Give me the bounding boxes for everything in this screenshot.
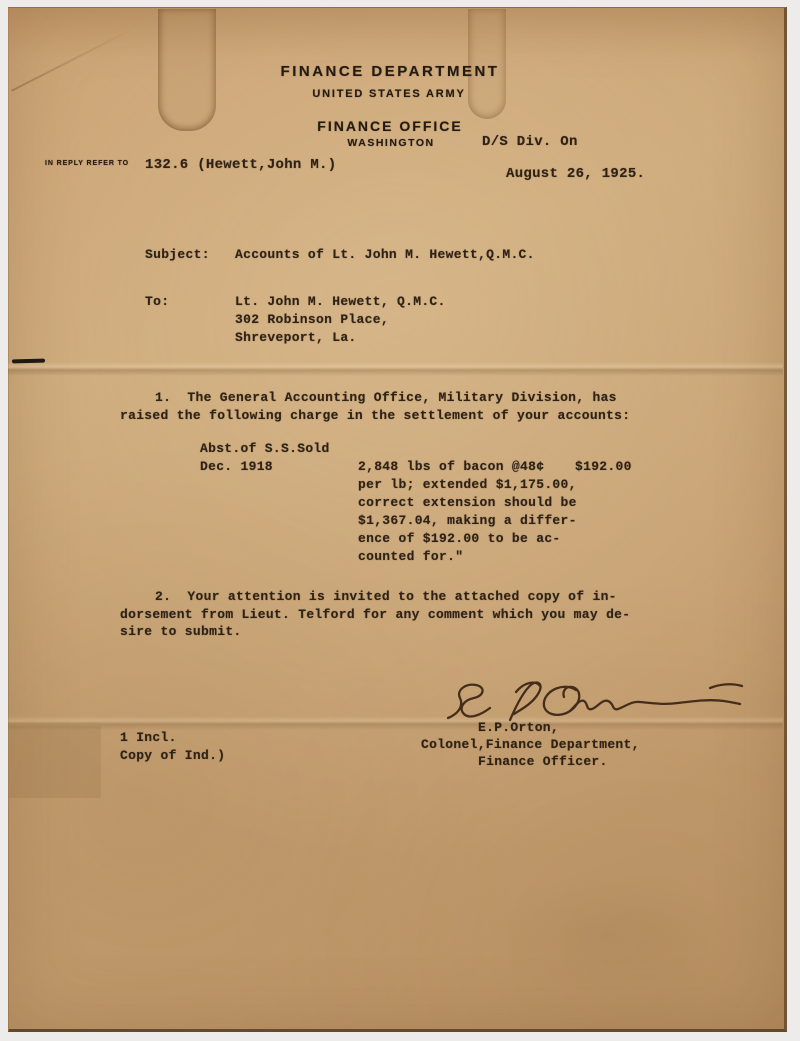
charge-description-line: counted for." bbox=[358, 549, 463, 564]
charge-amount: $192.00 bbox=[575, 459, 632, 474]
enclosure-line: Copy of Ind.) bbox=[120, 748, 225, 763]
recipient-address-line: Shreveport, La. bbox=[235, 330, 357, 345]
enclosure-line: 1 Incl. bbox=[120, 730, 177, 745]
subject-value: Accounts of Lt. John M. Hewett,Q.M.C. bbox=[235, 247, 535, 262]
recipient-address-line: Lt. John M. Hewett, Q.M.C. bbox=[235, 294, 446, 309]
paragraph-2-line: dorsement from Lieut. Telford for any co… bbox=[120, 607, 630, 622]
charge-description-line: $1,367.04, making a differ- bbox=[358, 513, 577, 528]
signer-name: E.P.Orton, bbox=[478, 720, 559, 735]
charge-description-line: correct extension should be bbox=[358, 495, 577, 510]
charge-description-line: 2,848 lbs of bacon @48¢ bbox=[358, 459, 544, 474]
charge-item-label: Abst.of S.S.Sold bbox=[200, 441, 330, 456]
signer-title-line: Colonel,Finance Department, bbox=[421, 737, 640, 752]
letterhead-office-line1: FINANCE OFFICE bbox=[317, 118, 462, 134]
photographed-document-page: FINANCE DEPARTMENT UNITED STATES ARMY FI… bbox=[0, 0, 800, 1041]
letterhead-office-line2: WASHINGTON bbox=[347, 137, 434, 149]
letterhead-reply-label: IN REPLY REFER TO bbox=[45, 160, 129, 167]
charge-description-line: per lb; extended $1,175.00, bbox=[358, 477, 577, 492]
paragraph-1-line: raised the following charge in the settl… bbox=[120, 408, 630, 423]
division-note: D/S Div. On bbox=[482, 134, 578, 150]
paragraph-2-line: sire to submit. bbox=[120, 624, 242, 639]
subject-label: Subject: bbox=[145, 247, 210, 262]
file-reference: 132.6 (Hewett,John M.) bbox=[145, 157, 336, 173]
date-line: August 26, 1925. bbox=[506, 166, 645, 182]
charge-item-date: Dec. 1918 bbox=[200, 459, 273, 474]
recipient-address-line: 302 Robinson Place, bbox=[235, 312, 389, 327]
paragraph-2-line: 2. Your attention is invited to the atta… bbox=[155, 589, 617, 604]
to-label: To: bbox=[145, 294, 169, 309]
paragraph-1-line: 1. The General Accounting Office, Milita… bbox=[155, 390, 617, 405]
signer-title-line: Finance Officer. bbox=[478, 754, 608, 769]
charge-description-line: ence of $192.00 to be ac- bbox=[358, 531, 561, 546]
letterhead-org-line2: UNITED STATES ARMY bbox=[312, 88, 465, 100]
letterhead-org-line1: FINANCE DEPARTMENT bbox=[281, 63, 500, 80]
